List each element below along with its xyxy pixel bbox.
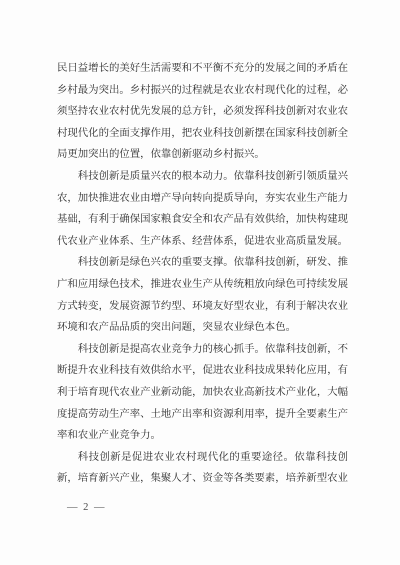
page-number: — 2 — [67, 501, 106, 515]
paragraph-green-agriculture: 科技创新是绿色兴农的重要支撑。依靠科技创新，研发、推广和应用绿色技术，推进农业生… [57, 252, 348, 338]
paragraph-continuation: 民日益增长的美好生活需要和不平衡不充分的发展之间的矛盾在乡村最为突出。乡村振兴的… [57, 58, 348, 166]
document-page: 民日益增长的美好生活需要和不平衡不充分的发展之间的矛盾在乡村最为突出。乡村振兴的… [0, 0, 400, 565]
document-body: 民日益增长的美好生活需要和不平衡不充分的发展之间的矛盾在乡村最为突出。乡村振兴的… [57, 58, 348, 490]
paragraph-modernization: 科技创新是促进农业农村现代化的重要途径。依靠科技创新，培育新兴产业，集聚人才、资… [57, 447, 348, 490]
paragraph-quality-agriculture: 科技创新是质量兴农的根本动力。依靠科技创新引领质量兴农，加快推进农业由增产导向转… [57, 166, 348, 252]
paragraph-competitiveness: 科技创新是提高农业竞争力的核心抓手。依靠科技创新，不断提升农业科技有效供给水平，… [57, 339, 348, 447]
